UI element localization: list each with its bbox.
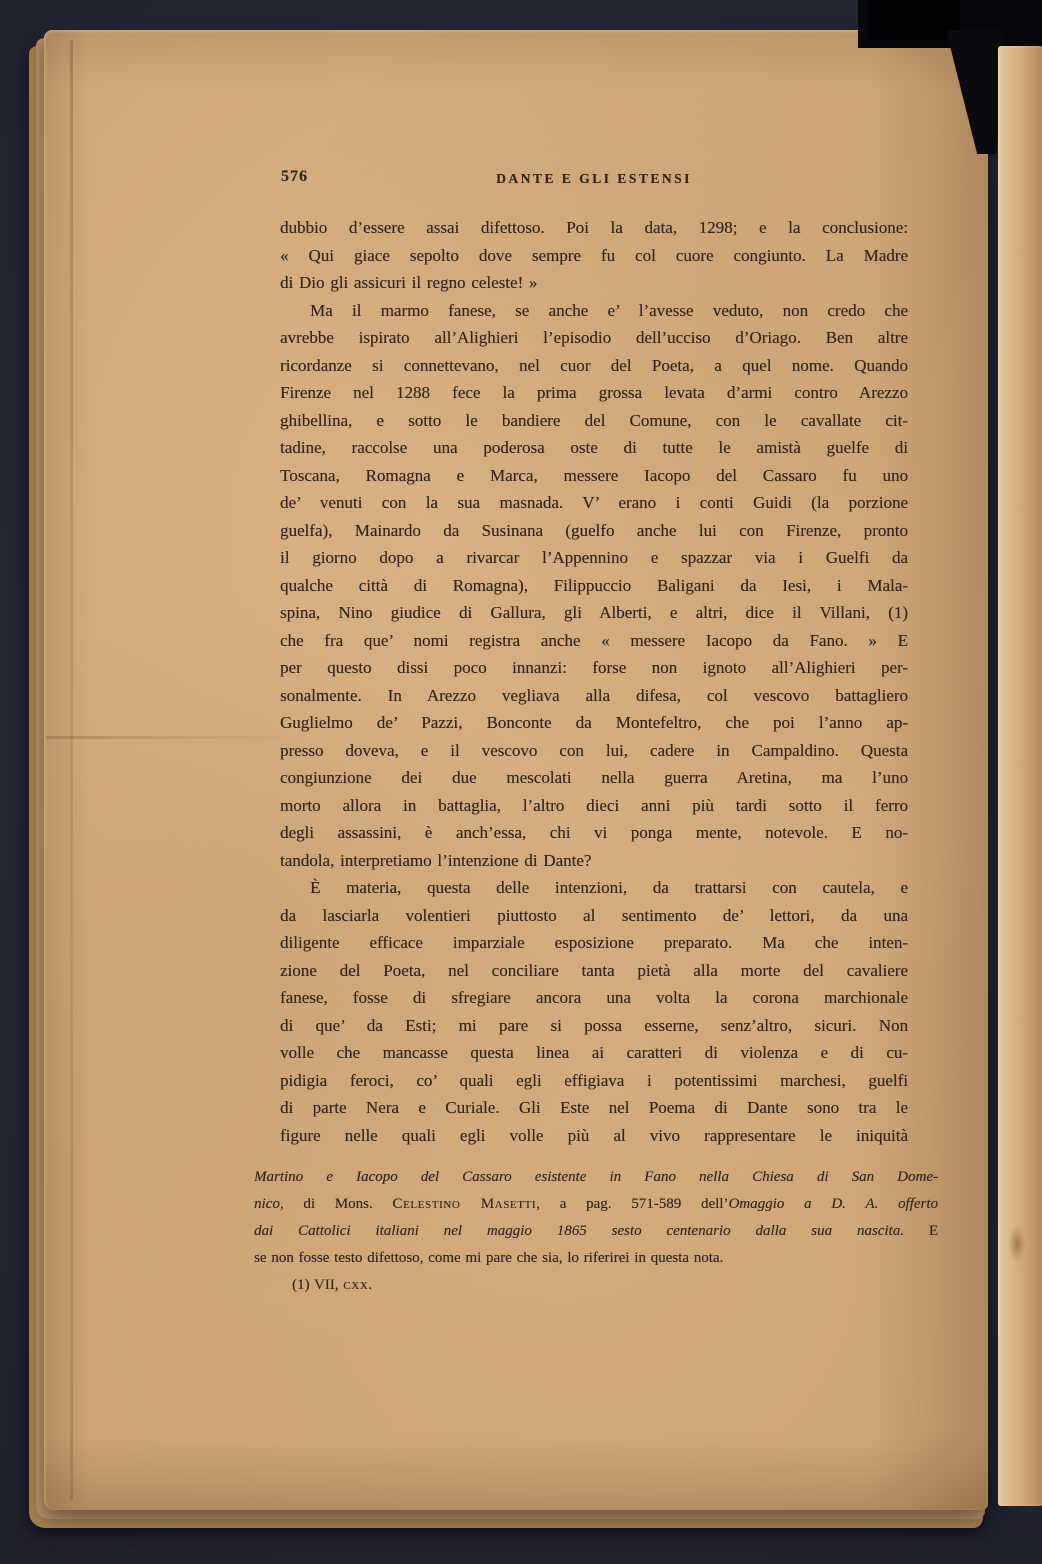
text-line: È materia, questa delle intenzioni, da t… bbox=[280, 874, 908, 902]
text-line: di que’ da Esti; mi pare si possa essern… bbox=[280, 1012, 908, 1040]
footnote-segment: , a pag. 571-589 dell’ bbox=[536, 1196, 728, 1212]
footnote-segment: Celestino Masetti bbox=[392, 1196, 536, 1212]
text-line: Ma il marmo fanese, se anche e’ l’avesse… bbox=[280, 297, 908, 325]
text-line: avrebbe ispirato all’Alighieri l’episodi… bbox=[280, 324, 908, 352]
footnote-segment: nico, bbox=[254, 1196, 303, 1212]
text-line: di parte Nera e Curiale. Gli Este nel Po… bbox=[280, 1094, 908, 1122]
text-line: Toscana, Romagna e Marca, messere Iacopo… bbox=[280, 462, 908, 490]
text-line: de’ venuti con la sua masnada. V’ erano … bbox=[280, 489, 908, 517]
footnote-segment: Martino e Iacopo del Cassaro esistente i… bbox=[254, 1169, 938, 1185]
running-title: DANTE E GLI ESTENSI bbox=[280, 168, 908, 187]
text-line: che fra que’ nomi registra anche « messe… bbox=[280, 627, 908, 655]
text-line: per questo dissi poco innanzi: forse non… bbox=[280, 654, 908, 682]
footnote-segment: se non fosse testo difettoso, come mi pa… bbox=[254, 1250, 723, 1266]
page-header: 576 DANTE E GLI ESTENSI bbox=[280, 168, 908, 190]
binding-shadow-deep bbox=[868, 0, 960, 40]
text-line: dubbio d’essere assai difettoso. Poi la … bbox=[280, 214, 908, 242]
footnote-segment: di Mons. bbox=[303, 1196, 392, 1212]
text-line: tandola, interpretiamo l’intenzione di D… bbox=[280, 847, 908, 875]
page-content: 576 DANTE E GLI ESTENSI dubbio d’essere … bbox=[280, 168, 908, 1299]
paper-stain bbox=[1008, 1224, 1026, 1264]
footnote-line: se non fosse testo difettoso, come mi pa… bbox=[254, 1245, 938, 1272]
page-number: 576 bbox=[281, 168, 308, 186]
footnote-text: Martino e Iacopo del Cassaro esistente i… bbox=[254, 1164, 938, 1299]
text-line: Firenze nel 1288 fece la prima grossa le… bbox=[280, 379, 908, 407]
page-crease-vertical bbox=[70, 40, 73, 1500]
page-crease-horizontal bbox=[46, 736, 298, 739]
text-line: tadine, raccolse una poderosa oste di tu… bbox=[280, 434, 908, 462]
footnote-segment: cxx bbox=[343, 1277, 368, 1293]
footnote-segment: (1) VII, bbox=[292, 1277, 343, 1293]
text-line: congiunzione dei due mescolati nella gue… bbox=[280, 764, 908, 792]
text-line: qualche città di Romagna), Filippuccio B… bbox=[280, 572, 908, 600]
footnote-segment: Omaggio a D. A. offerto bbox=[728, 1196, 938, 1212]
text-line: pidigia feroci, co’ quali egli effigiava… bbox=[280, 1067, 908, 1095]
text-line: morto allora in battaglia, l’altro dieci… bbox=[280, 792, 908, 820]
text-line: spina, Nino giudice di Gallura, gli Albe… bbox=[280, 599, 908, 627]
text-line: figure nelle quali egli volle più al viv… bbox=[280, 1122, 908, 1150]
text-line: ricordanze si connettevano, nel cuor del… bbox=[280, 352, 908, 380]
text-line: « Qui giace sepolto dove sempre fu col c… bbox=[280, 242, 908, 270]
text-line: degli assassini, è anch’essa, chi vi pon… bbox=[280, 819, 908, 847]
text-line: di Dio gli assicuri il regno celeste! » bbox=[280, 269, 908, 297]
book-page: 576 DANTE E GLI ESTENSI dubbio d’essere … bbox=[44, 30, 988, 1510]
footnote-line: nico, di Mons. Celestino Masetti, a pag.… bbox=[254, 1191, 938, 1218]
text-line: sonalmente. In Arezzo vegliava alla dife… bbox=[280, 682, 908, 710]
text-line: da lasciarla volentieri piuttosto al sen… bbox=[280, 902, 908, 930]
footnote-segment: dai Cattolici italiani nel maggio 1865 s… bbox=[254, 1223, 929, 1239]
text-line: zione del Poeta, nel conciliare tanta pi… bbox=[280, 957, 908, 985]
text-line: guelfa), Mainardo da Susinana (guelfo an… bbox=[280, 517, 908, 545]
text-line: ghibellina, e sotto le bandiere del Comu… bbox=[280, 407, 908, 435]
footnote-segment: E bbox=[929, 1223, 938, 1239]
text-line: presso doveva, e il vescovo con lui, cad… bbox=[280, 737, 908, 765]
text-line: volle che mancasse questa linea ai carat… bbox=[280, 1039, 908, 1067]
text-line: il giorno dopo a rivarcar l’Appennino e … bbox=[280, 544, 908, 572]
book-scan-background: 576 DANTE E GLI ESTENSI dubbio d’essere … bbox=[0, 0, 1042, 1564]
footnote-line: Martino e Iacopo del Cassaro esistente i… bbox=[254, 1164, 938, 1191]
footnote-line: dai Cattolici italiani nel maggio 1865 s… bbox=[254, 1218, 938, 1245]
adjacent-page-edge bbox=[998, 46, 1042, 1506]
body-text: dubbio d’essere assai difettoso. Poi la … bbox=[280, 214, 908, 1149]
footnote-line: (1) VII, cxx. bbox=[254, 1272, 938, 1299]
text-line: Guglielmo de’ Pazzi, Bonconte da Montefe… bbox=[280, 709, 908, 737]
text-line: fanese, fosse di sfregiare ancora una vo… bbox=[280, 984, 908, 1012]
footnote-segment: . bbox=[368, 1277, 372, 1293]
text-line: diligente efficace imparziale esposizion… bbox=[280, 929, 908, 957]
